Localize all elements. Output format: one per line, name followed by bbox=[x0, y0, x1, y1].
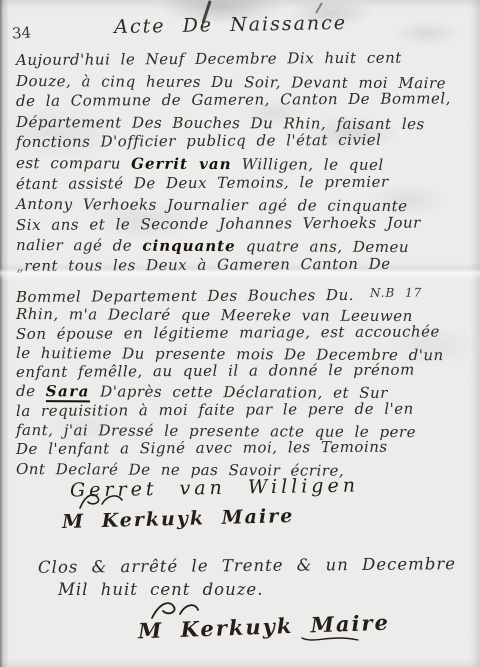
text-line: la requisition à moi faite par le pere d… bbox=[16, 399, 472, 421]
scanned-document-page: 34 Acte De Naissance Aujourd'hui le Neuf… bbox=[0, 0, 480, 667]
closing-text-line: Clos & arrêté le Trente & un Decembre bbox=[38, 554, 456, 577]
text-line: Six ans et le Seconde Johannes Verhoeks … bbox=[16, 212, 472, 235]
signature-flourish-icon bbox=[78, 492, 124, 510]
text-line: étant assisté De Deux Temoins, le premie… bbox=[16, 171, 472, 194]
margin-note: N.B 17 bbox=[370, 286, 423, 300]
text-line: de la Commune de Gameren, Canton De Bomm… bbox=[16, 88, 472, 111]
text-segment: est comparu bbox=[16, 154, 131, 173]
corrected-word: cinquante bbox=[142, 237, 235, 255]
signature-mayor: M Kerkuyk Maire bbox=[62, 505, 295, 533]
text-segment: nalier agé de bbox=[16, 236, 143, 255]
text-line: Son épouse en légitieme mariage, est acc… bbox=[16, 322, 472, 344]
text-line: Bommel Departement Des Bouches Du.N.B 17 bbox=[16, 283, 472, 305]
paragraph-declaration: Bommel Departement Des Bouches Du.N.B 17… bbox=[16, 286, 472, 479]
paragraph-opening: Aujourd'hui le Neuf Decembre Dix huit ce… bbox=[16, 50, 472, 277]
declarant-name: Gerrit van bbox=[131, 155, 231, 174]
page-fold bbox=[0, 262, 480, 280]
text-segment: Bommel Departement Des Bouches Du. bbox=[16, 286, 354, 306]
child-name: Sara bbox=[46, 383, 90, 403]
text-line: enfant femêlle, au quel il a donné le pr… bbox=[16, 360, 472, 382]
act-number: 34 bbox=[11, 23, 31, 42]
text-segment: de bbox=[16, 382, 46, 400]
text-line: De l'enfant a Signé avec moi, les Temoin… bbox=[16, 438, 472, 460]
signature-tail-flourish-icon bbox=[300, 632, 360, 644]
closing-text-line: Mil huit cent douze. bbox=[58, 580, 263, 599]
text-line: Aujourd'hui le Neuf Decembre Dix huit ce… bbox=[16, 47, 472, 70]
document-title: Acte De Naissance bbox=[114, 12, 347, 38]
text-line: fonctions D'officier publicq de l'état c… bbox=[16, 130, 472, 153]
